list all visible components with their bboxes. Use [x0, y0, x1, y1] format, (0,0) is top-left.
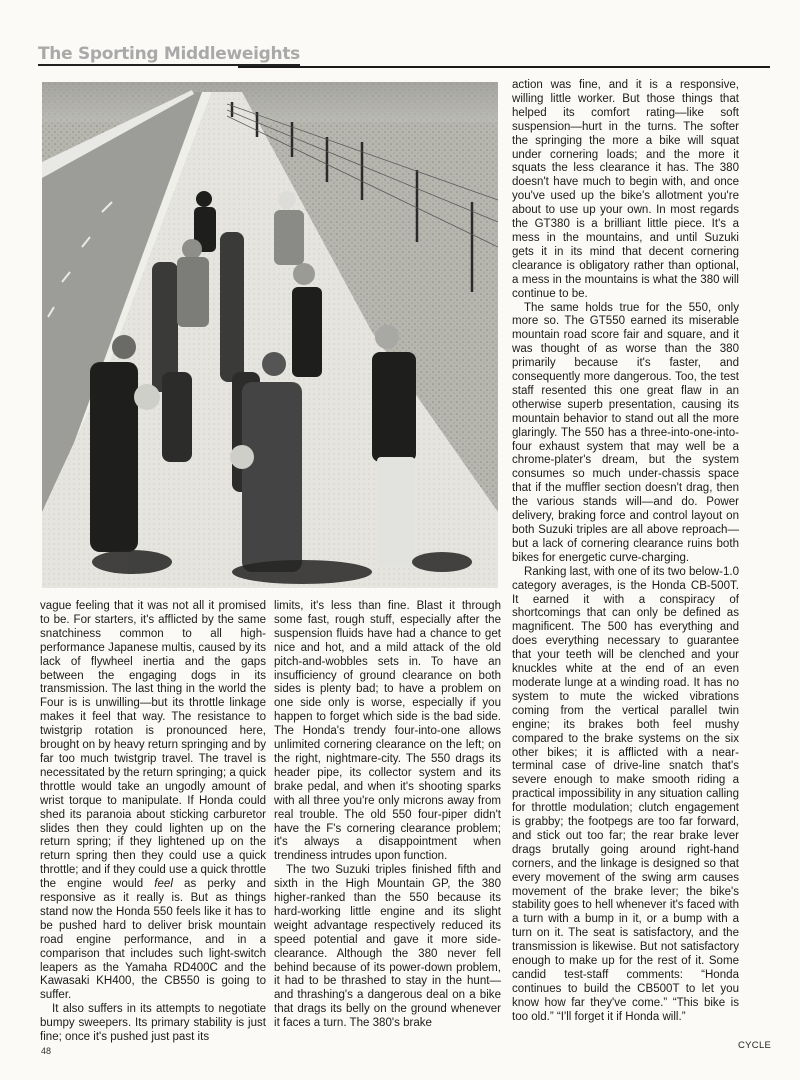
article-column-left: vague feeling that it was not all it pro…	[40, 600, 266, 1045]
article-photo	[42, 82, 498, 588]
paragraph: The same holds true for the 550, only mo…	[512, 302, 739, 566]
paragraph: limits, it's less than fine. Blast it th…	[274, 600, 501, 864]
paragraph: Ranking last, with one of its two below-…	[512, 566, 739, 1025]
article-column-middle: limits, it's less than fine. Blast it th…	[274, 600, 501, 1031]
header-rule	[238, 66, 770, 68]
page-header: The Sporting Middleweights	[38, 44, 770, 70]
article-column-right: action was fine, and it is a responsive,…	[512, 79, 739, 1025]
magazine-name: CYCLE	[738, 1040, 771, 1051]
emphasis-text: feel	[154, 878, 173, 890]
section-title: The Sporting Middleweights	[38, 44, 300, 64]
paragraph: It also suffers in its attempts to negot…	[40, 1003, 266, 1045]
photo-icon	[42, 82, 498, 588]
paragraph: action was fine, and it is a responsive,…	[512, 79, 739, 302]
paragraph: The two Suzuki triples finished fifth an…	[274, 864, 501, 1031]
text-span: vague feeling that it was not all it pro…	[40, 600, 266, 890]
text-span: as perky and responsive as it really is.…	[40, 878, 266, 1001]
page-number: 48	[41, 1046, 51, 1056]
paragraph: vague feeling that it was not all it pro…	[40, 600, 266, 1003]
